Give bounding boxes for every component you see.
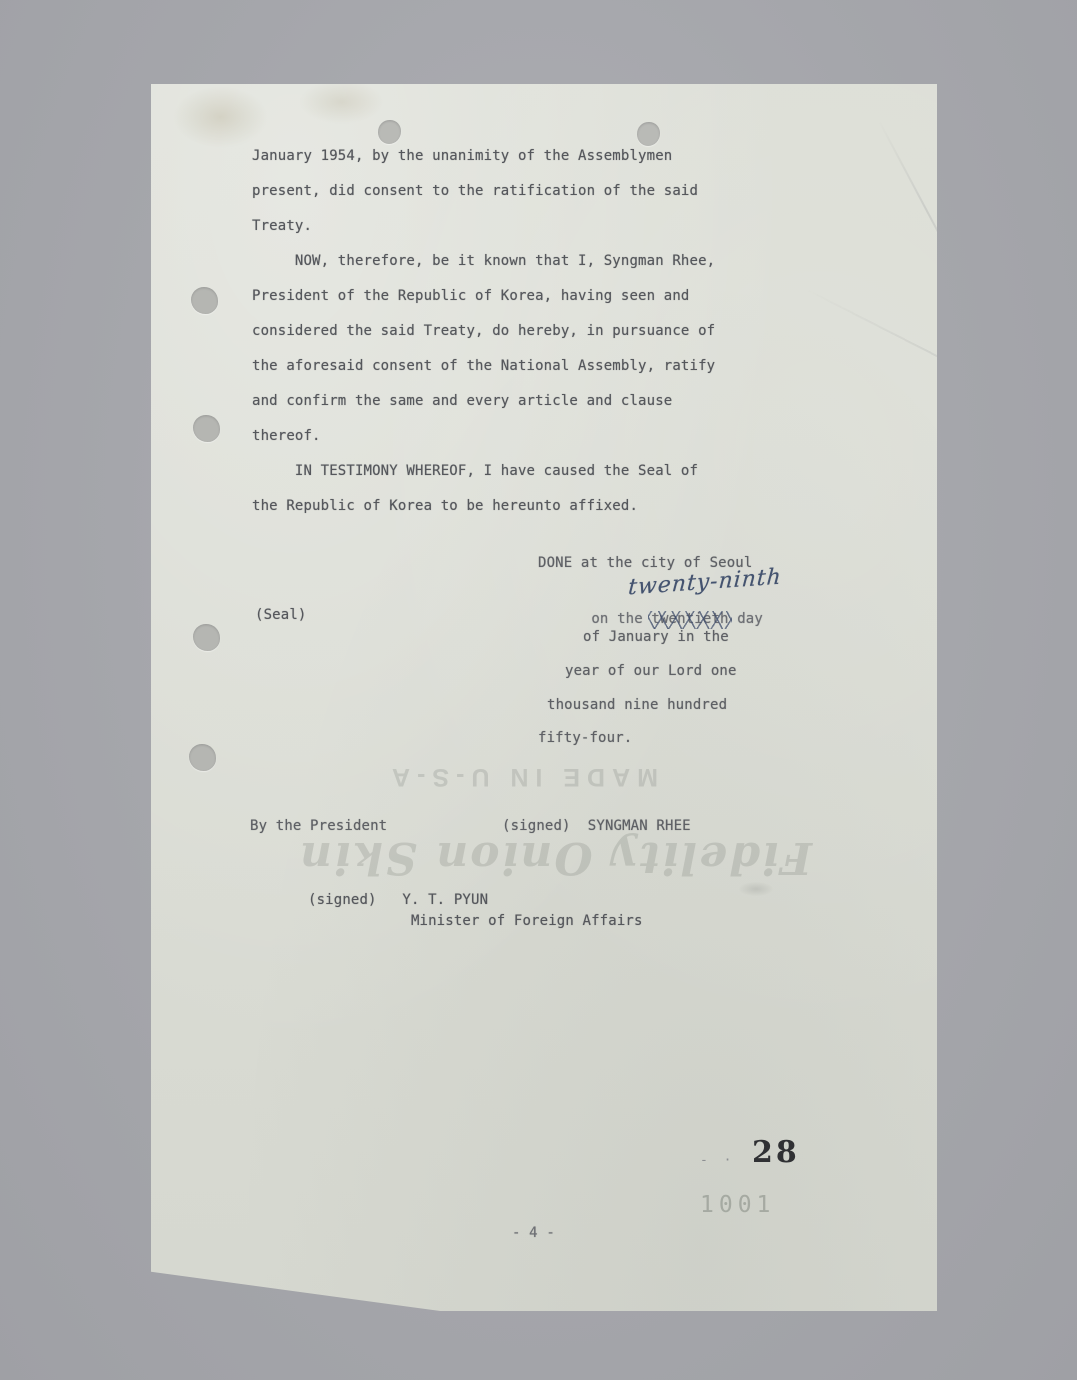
stray-pencil-marks: - · bbox=[700, 1153, 735, 1168]
on-the-prefix: on the bbox=[591, 611, 651, 627]
paper-watermark-made-in-usa: MADE IN U-S-A bbox=[385, 762, 658, 791]
date-line-fifty-four: fifty-four. bbox=[538, 730, 632, 746]
paper-watermark-brand: Fidelity Onion Skin bbox=[298, 832, 812, 883]
minister-signature-block: (signed) Y. T. PYUN Minister of Foreign … bbox=[308, 890, 643, 932]
day-suffix: day bbox=[729, 611, 763, 627]
by-the-president-label: By the President bbox=[250, 818, 387, 834]
punch-hole bbox=[189, 744, 216, 771]
date-line-year-of-lord: year of our Lord one bbox=[565, 663, 737, 679]
faint-number-stamp: 1001 bbox=[700, 1192, 775, 1218]
struck-out-word: twentieth bbox=[651, 611, 728, 627]
paper-stain bbox=[299, 80, 384, 124]
president-signature-line: (signed) SYNGMAN RHEE bbox=[502, 818, 691, 834]
date-line-of-january: of January in the bbox=[583, 629, 729, 645]
paper-crease bbox=[806, 289, 1056, 418]
punch-hole bbox=[193, 624, 220, 651]
paper-smudge bbox=[739, 882, 773, 896]
punch-hole bbox=[191, 287, 218, 314]
paper-crease bbox=[878, 120, 978, 306]
punch-hole bbox=[193, 415, 220, 442]
document-body-text: January 1954, by the unanimity of the As… bbox=[252, 139, 715, 524]
seal-label: (Seal) bbox=[255, 607, 306, 623]
page-number: - 4 - bbox=[512, 1225, 555, 1241]
archive-number-stamp: 28 bbox=[752, 1135, 800, 1170]
document-paper-sheet: MADE IN U-S-A Fidelity Onion Skin Januar… bbox=[151, 84, 937, 1311]
scanned-page-background: { "scene": { "background_color": "#a7a8a… bbox=[0, 0, 1077, 1380]
date-line-thousand: thousand nine hundred bbox=[547, 697, 727, 713]
